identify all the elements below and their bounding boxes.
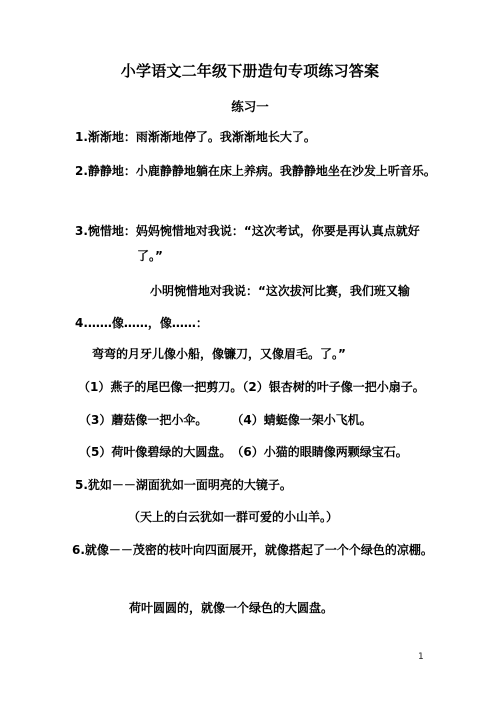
document-page: 小学语文二年级下册造句专项练习答案 练习一 1.渐渐地：雨渐渐地停了。我渐渐地长…	[0, 0, 500, 707]
line-item-3-continued: 了。”	[137, 249, 163, 263]
document-title: 小学语文二年级下册造句专项练习答案	[0, 62, 500, 80]
section-heading: 练习一	[0, 99, 500, 114]
line-item-4-sub-3-4: （3）蘑菇像一把小伞。 （4）蜻蜓像一架小飞机。	[79, 413, 372, 427]
line-item-3-alt-answer: 小明惋惜地对我说：“这次拔河比赛，我们班又输	[150, 284, 410, 298]
line-item-2: 2.静静地：小鹿静静地躺在床上养病。我静静地坐在沙发上听音乐。	[75, 164, 436, 178]
line-item-6: 6.就像－－茂密的枝叶向四面展开，就像搭起了一个个绿色的凉棚。	[72, 543, 433, 557]
line-item-4: 4.……像……，像……：	[75, 316, 208, 330]
line-item-6-alt-answer: 荷叶圆圆的，就像一个绿色的大圆盘。	[129, 601, 333, 615]
line-item-4-sub-5-6: （5）荷叶像碧绿的大圆盘。 （6）小猫的眼睛像两颗绿宝石。	[79, 445, 408, 459]
line-item-4-example: 弯弯的月牙儿像小船，像镰刀，又像眉毛。了。”	[92, 347, 346, 361]
line-item-5: 5.犹如－－湖面犹如一面明亮的大镜子。	[75, 478, 292, 492]
line-item-4-sub-1-2: （1）燕子的尾巴像一把剪刀。（2）银杏树的叶子像一把小扇子。	[78, 380, 425, 394]
line-item-3: 3.惋惜地：妈妈惋惜地对我说：“这次考试，你要是再认真点就好	[75, 224, 420, 238]
line-item-5-alt-answer: （天上的白云犹如一群可爱的小山羊。）	[128, 510, 338, 524]
page-number: 1	[418, 652, 424, 662]
line-item-1: 1.渐渐地：雨渐渐地停了。我渐渐地长大了。	[75, 130, 316, 144]
